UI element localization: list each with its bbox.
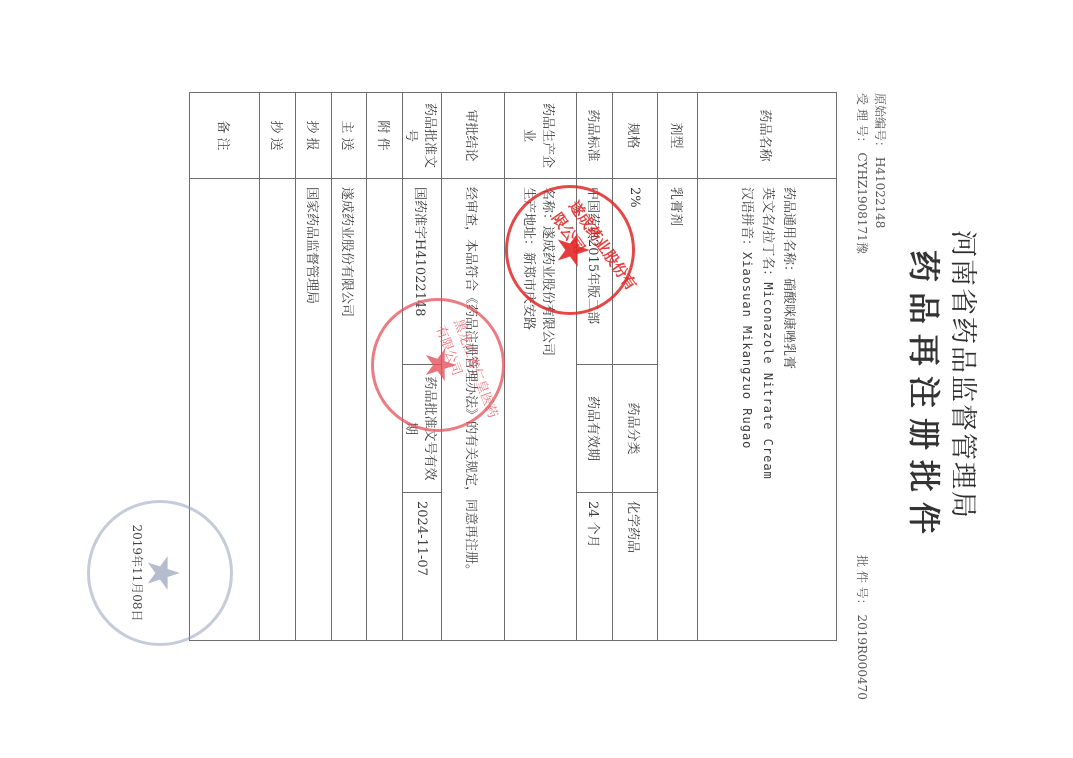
label-cc-report: 抄 报	[296, 93, 332, 179]
label-drug-category: 药品分类	[613, 365, 658, 493]
acceptance-number: 受 理 号： CYHZ1908171豫	[854, 93, 871, 254]
generic-name: 药品通用名称：硝酸咪康唑乳膏	[778, 187, 798, 632]
company-seal-stamp: 遂成药业股份有限公司 ★	[505, 185, 635, 315]
pinyin-name: 汉语拼音：Xiaosuan Mikangzuo Rugao	[736, 187, 757, 632]
star-icon: ★	[547, 230, 598, 269]
issuing-agency: 河南省药品监督管理局	[946, 230, 985, 520]
value-cc-report: 国家药品监督管理局	[296, 179, 332, 641]
value-validity: 24 个月	[577, 493, 613, 641]
issue-date: 2019年11月08日	[129, 524, 146, 621]
label-validity: 药品有效期	[577, 365, 613, 493]
drug-name-values: 药品通用名称：硝酸咪康唑乳膏 英文名/拉丁名：Miconazole Nitrat…	[698, 179, 837, 641]
document-title: 药品再注册批件	[903, 250, 949, 544]
row-main-recipient: 主 送 遂成药业股份有限公司	[332, 93, 367, 641]
label-manufacturer: 药品生产企业	[505, 93, 577, 179]
label-conclusion: 审批结论	[442, 93, 505, 179]
label-drug-name: 药品名称	[698, 93, 837, 179]
agency-seal-stamp: ★ 2019年11月08日	[87, 500, 233, 646]
registration-form-table: 药品名称 药品通用名称：硝酸咪康唑乳膏 英文名/拉丁名：Miconazole N…	[189, 92, 837, 641]
row-drug-name: 药品名称 药品通用名称：硝酸咪康唑乳膏 英文名/拉丁名：Miconazole N…	[698, 93, 837, 641]
label-cc: 抄 送	[260, 93, 296, 179]
label-attachment: 附 件	[367, 93, 403, 179]
original-number: 原始编号： H41022148	[872, 93, 889, 228]
label-standard: 药品标准	[577, 93, 613, 179]
row-dosage-form: 剂型 乳膏剂	[658, 93, 698, 641]
english-name: 英文名/拉丁名：Miconazole Nitrate Cream	[757, 187, 778, 632]
label-dosage-form: 剂型	[658, 93, 698, 179]
row-standard: 药品标准 中国药典2015年版二部 药品有效期 24 个月	[577, 93, 613, 641]
distributor-seal-stamp: 黑龙江省仁皇医药有限公司 ★	[371, 298, 505, 432]
row-cc: 抄 送	[260, 93, 296, 641]
label-specification: 规格	[613, 93, 658, 179]
label-remarks: 备 注	[190, 93, 260, 179]
row-specification: 规格 2% 药品分类 化学药品	[613, 93, 658, 641]
value-drug-category: 化学药品	[613, 493, 658, 641]
label-main-recipient: 主 送	[332, 93, 367, 179]
value-approval-expiry: 2024-11-07	[403, 493, 442, 641]
star-icon: ★	[416, 346, 465, 384]
approval-number: 批 件 号： 2019R000470	[854, 555, 871, 700]
value-main-recipient: 遂成药业股份有限公司	[332, 179, 367, 641]
label-approval-doc: 药品批准文号	[403, 93, 442, 179]
row-manufacturer: 药品生产企业 名称：遂成药业股份有限公司 生产地址：新郑市庆安路	[505, 93, 577, 641]
value-cc	[260, 179, 296, 641]
document-page: 河南省药品监督管理局 药品再注册批件 原始编号： H41022148 受 理 号…	[0, 0, 1073, 758]
value-dosage-form: 乳膏剂	[658, 179, 698, 641]
row-cc-report: 抄 报 国家药品监督管理局	[296, 93, 332, 641]
